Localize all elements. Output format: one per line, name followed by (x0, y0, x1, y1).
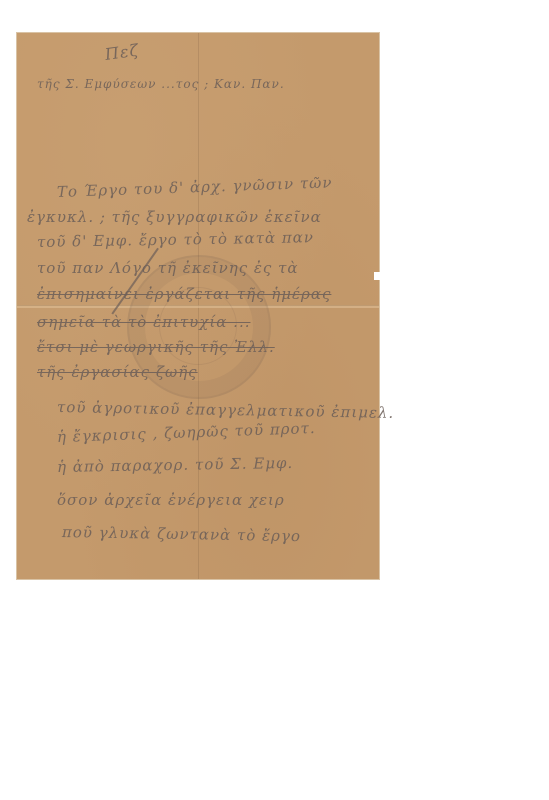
paper-edge-tear (374, 272, 380, 280)
body-line-13: ποῦ γλυκὰ ζωντανὰ τὸ ἔργο (62, 523, 301, 545)
manuscript-page: Πεζ τῆς Σ. Εμφύσεων ...τος ; Καν. Παν. Τ… (17, 33, 379, 579)
body-line-7-struck: ἔτσι μὲ γεωργικῆς τῆς Ἐλλ. (37, 338, 275, 356)
body-line-8-struck: τῆς ἐργασίας ζωῆς (37, 363, 198, 381)
body-line-9: τοῦ ἀγροτικοῦ ἐπαγγελματικοῦ ἐπιμελ. (57, 398, 395, 422)
body-line-6-struck: σημεῖα τὰ τὸ ἐπιτυχία ... (37, 313, 250, 331)
body-line-3: τοῦ δ' Εμφ. ἔργο τὸ τὸ κατὰ παν (37, 228, 314, 251)
header-title: Πεζ (104, 40, 141, 64)
body-line-1: Το Έργο του δ' ἀρχ. γνῶσιν τῶν (57, 173, 333, 201)
body-line-12: ὅσον ἀρχεῖα ἐνέργεια χειρ (57, 491, 285, 509)
body-line-4: τοῦ παν Λόγο τῆ ἐκεῖνης ἐς τὰ (37, 259, 299, 277)
body-line-10: ἡ ἔγκρισις , ζωηρῶς τοῦ προτ. (57, 419, 316, 446)
header-subtitle: τῆς Σ. Εμφύσεων ...τος ; Καν. Παν. (37, 77, 285, 91)
body-line-5-struck: ἐπισημαίνει ἐργάζεται τῆς ἡμέρας (37, 285, 331, 303)
body-line-2: ἐγκυκλ. ; τῆς ξυγγραφικῶν ἐκεῖνα (27, 208, 322, 226)
body-line-11: ἡ ἀπὸ παραχορ. τοῦ Σ. Εμφ. (57, 454, 294, 476)
